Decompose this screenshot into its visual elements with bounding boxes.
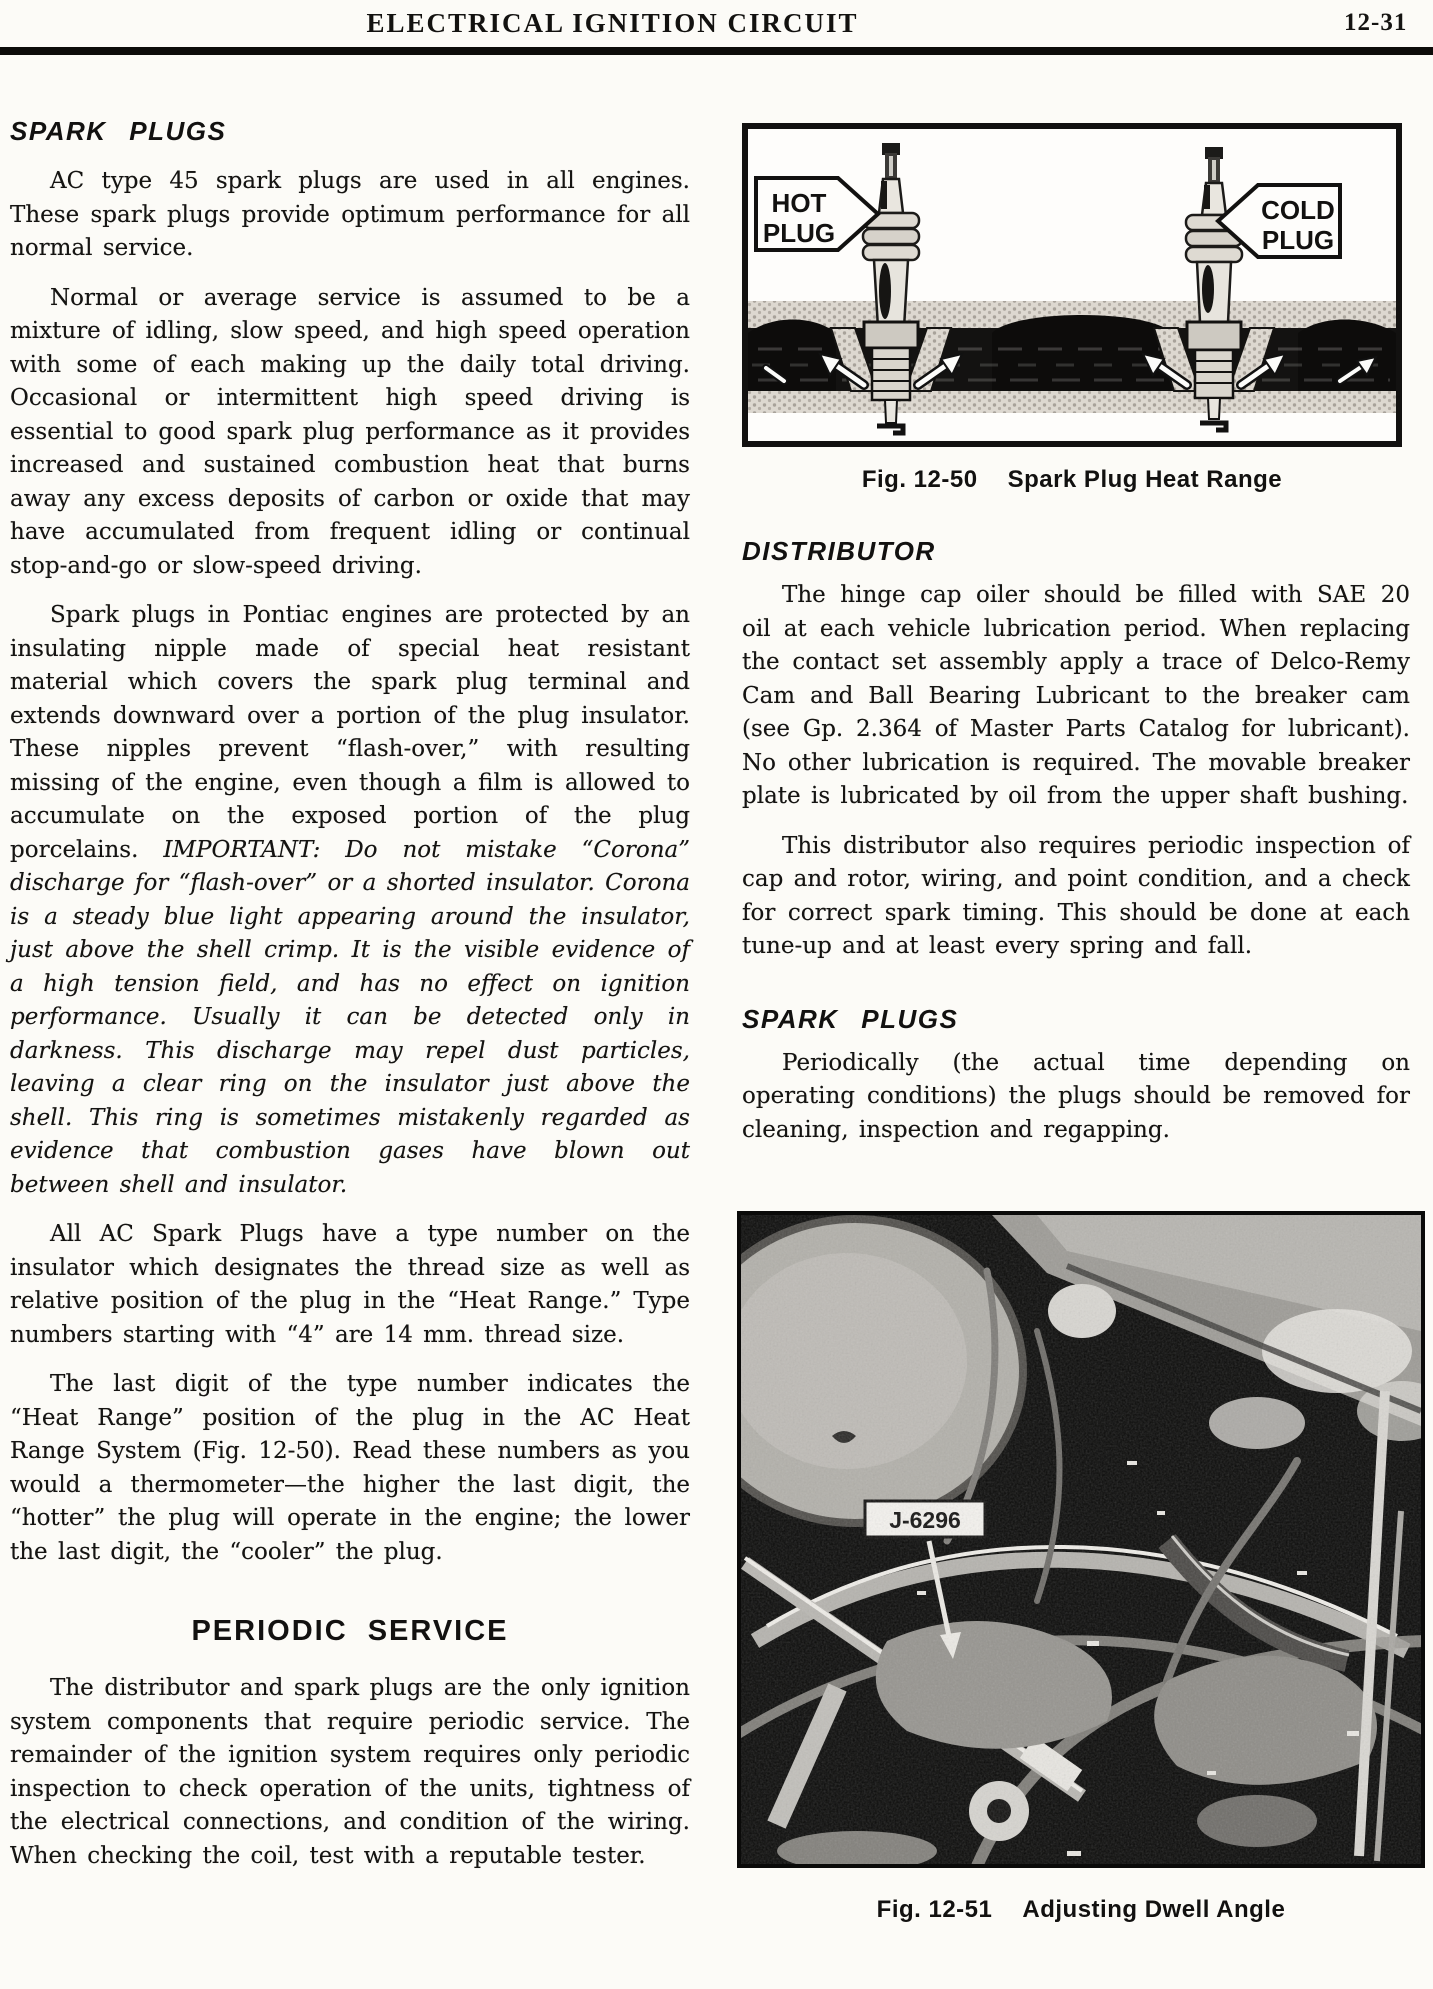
page-number: 12-31	[1344, 9, 1407, 37]
paragraph-text: The last digit of the type number indica…	[10, 1371, 690, 1565]
page-title: ELECTRICAL IGNITION CIRCUIT	[0, 8, 1225, 39]
photo-grain	[737, 1211, 1425, 1868]
figure-12-51-caption-title: Adjusting Dwell Angle	[1022, 1896, 1285, 1923]
paragraph: Normal or average service is assumed to …	[10, 282, 690, 584]
paragraph-text: All AC Spark Plugs have a type number on…	[10, 1221, 690, 1348]
hot-plug-label-line1: HOT	[772, 188, 827, 218]
figure-12-51-caption-label: Fig. 12-51	[877, 1896, 993, 1923]
paragraph-text: The distributor and spark plugs are the …	[10, 1675, 690, 1869]
figure-12-51-caption: Fig. 12-51Adjusting Dwell Angle	[737, 1896, 1425, 1924]
figure-spark-plug-heat-range: HOT PLUG COLD PLUG Fig. 12-50Spark Plug …	[742, 123, 1402, 494]
paragraph-text: Periodically (the actual time depending …	[742, 1050, 1410, 1143]
left-column: SPARK PLUGS AC type 45 spark plugs are u…	[10, 116, 690, 1873]
right-column: HOT PLUG COLD PLUG Fig. 12-50Spark Plug …	[742, 123, 1410, 1924]
spark-plug-heat-range-illustration: HOT PLUG COLD PLUG	[742, 123, 1402, 447]
paragraph-text: This distributor also requires periodic …	[742, 833, 1410, 960]
section-heading-distributor: DISTRIBUTOR	[742, 536, 1410, 567]
header-rule	[0, 47, 1433, 55]
paragraph: This distributor also requires periodic …	[742, 830, 1410, 964]
cylinder-head-section	[748, 301, 1396, 413]
figure-12-50-caption-title: Spark Plug Heat Range	[1008, 466, 1283, 493]
paragraph-text: Normal or average service is assumed to …	[10, 285, 690, 579]
paragraph: The last digit of the type number indica…	[10, 1368, 690, 1569]
paragraph: All AC Spark Plugs have a type number on…	[10, 1218, 690, 1352]
paragraph-text: AC type 45 spark plugs are used in all e…	[10, 168, 690, 261]
cold-plug-label-line2: PLUG	[1262, 225, 1334, 255]
cold-plug-label-line1: COLD	[1261, 195, 1335, 225]
paragraph: Spark plugs in Pontiac engines are prote…	[10, 599, 690, 1202]
figure-12-50-caption: Fig. 12-50Spark Plug Heat Range	[742, 466, 1402, 494]
paragraph: The hinge cap oiler should be filled wit…	[742, 579, 1410, 814]
engine-compartment-photo: J-6296	[737, 1211, 1425, 1868]
section-heading-periodic-service: PERIODIC SERVICE	[10, 1615, 690, 1648]
hot-plug-label-line2: PLUG	[763, 218, 835, 248]
paragraph: AC type 45 spark plugs are used in all e…	[10, 165, 690, 266]
figure-adjusting-dwell-angle: J-6296 Fig. 12-51Adjusting Dwell Angle	[737, 1211, 1425, 1924]
figure-12-50-caption-label: Fig. 12-50	[862, 466, 978, 493]
manual-page: ELECTRICAL IGNITION CIRCUIT 12-31 SPARK …	[0, 0, 1433, 1989]
section-heading-spark-plugs-right: SPARK PLUGS	[742, 1004, 1410, 1035]
paragraph: Periodically (the actual time depending …	[742, 1047, 1410, 1148]
paragraph-text: The hinge cap oiler should be filled wit…	[742, 582, 1410, 809]
paragraph-italic-note: IMPORTANT: Do not mistake “Corona” disch…	[10, 837, 690, 1198]
section-heading-spark-plugs: SPARK PLUGS	[10, 116, 690, 147]
paragraph-text: Spark plugs in Pontiac engines are prote…	[10, 602, 690, 863]
paragraph: The distributor and spark plugs are the …	[10, 1672, 690, 1873]
